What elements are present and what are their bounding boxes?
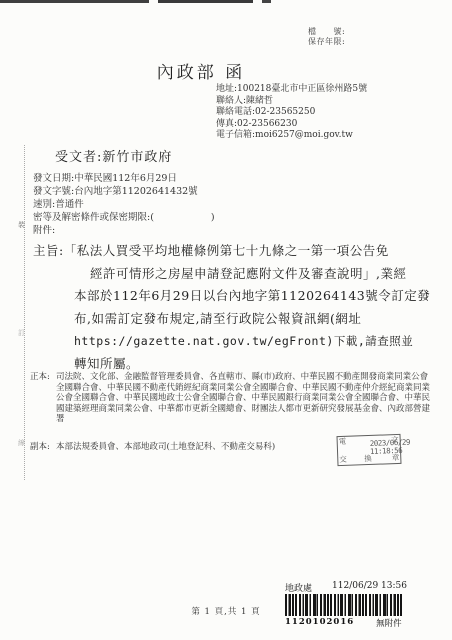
stamp-datetime: 2023/06/29 11:18:56	[345, 439, 395, 449]
delivery-info-block: 地政處 112/06/29 13:56	[285, 581, 407, 594]
document-meta-block: 發文日期:中華民國112年6月29日 發文字號:台內地字第11202641432…	[33, 172, 215, 237]
original-recipients-text: 司法院、文化部、金融監督管理委員會、各直轄市、縣(市)政府、中華民國不動產開發商…	[56, 372, 436, 425]
subject-line: 本部於112年6月29日以台內地字第1120264143號令訂定發	[33, 285, 431, 308]
contact-block: 地址:100218臺北市中正區徐州路5號 聯絡人:陳緒哲 聯絡電話:02-235…	[216, 84, 367, 142]
contact-person-line: 聯絡人:陳緒哲	[216, 96, 367, 108]
recipient-line: 受文者:新竹市政府	[55, 146, 172, 165]
scanned-official-letter: 裝 訂 線 檔 號: 保存年限: 內政部 函 地址:100218臺北市中正區徐州…	[0, 0, 452, 640]
stamp-char-bottom-center: 換	[364, 455, 372, 463]
barcode-number: 1120102016	[285, 617, 354, 629]
binding-margin-dotted-line	[24, 145, 25, 480]
speed-line: 速別:普通件	[33, 198, 215, 211]
stamp-time: 11:18:56	[370, 447, 402, 456]
received-datetime: 112/06/29 13:56	[332, 581, 407, 594]
attachment-line: 附件:	[33, 224, 215, 237]
subject-line: 經許可情形之房屋申請登記應附文件及審查說明」,業經	[33, 263, 431, 286]
original-recipients-block: 正本: 司法院、文化部、金融監督管理委員會、各直轄市、縣(市)政府、中華民國不動…	[30, 372, 436, 425]
scan-artifact-line	[0, 0, 452, 3]
binding-label-zhuang: 裝	[18, 220, 25, 230]
original-label: 正本:	[30, 372, 56, 425]
file-number-block: 檔 號: 保存年限:	[308, 27, 345, 47]
department-name: 地政處	[285, 581, 312, 594]
barcode	[285, 594, 403, 616]
document-title: 內政部 函	[96, 58, 306, 83]
subject-line: 主旨:「私法人買受平均地權條例第七十九條之一第一項公告免	[33, 240, 431, 263]
subject-line: 布,如需訂定發布規定,請至行政院公報資訊網(網址	[33, 308, 431, 331]
phone-line: 聯絡電話:02-23565250	[216, 107, 367, 119]
file-number-label: 檔 號:	[308, 27, 345, 37]
barcode-caption: 1120102016 無附件	[285, 617, 415, 629]
address-line: 地址:100218臺北市中正區徐州路5號	[216, 84, 367, 96]
security-line: 密等及解密條件或保密期限:( )	[33, 211, 215, 224]
stamp-char-bottom-left: 交	[339, 456, 347, 464]
email-line: 電子信箱:moi6257@moi.gov.tw	[216, 130, 367, 142]
doc-number-line: 發文字號:台內地字第11202641432號	[33, 185, 215, 198]
issue-date-line: 發文日期:中華民國112年6月29日	[33, 172, 215, 185]
copy-label: 副本:	[30, 442, 56, 453]
attachment-note: 無附件	[376, 617, 402, 629]
subject-paragraph: 主旨:「私法人買受平均地權條例第七十九條之一第一項公告免 經許可情形之房屋申請登…	[33, 240, 431, 375]
binding-label-ding: 訂	[18, 328, 25, 338]
stamp-char-bottom-right: 章	[392, 454, 400, 462]
subject-line-url: https://gazette.nat.gov.tw/egFront)下載,請查…	[33, 330, 431, 353]
binding-label-xian: 線	[18, 438, 25, 448]
fax-line: 傳真:02-23566230	[216, 119, 367, 131]
electronic-exchange-stamp: 電 文 交 換 章 2023/06/29 11:18:56	[336, 434, 401, 466]
retention-period-label: 保存年限:	[308, 37, 345, 47]
